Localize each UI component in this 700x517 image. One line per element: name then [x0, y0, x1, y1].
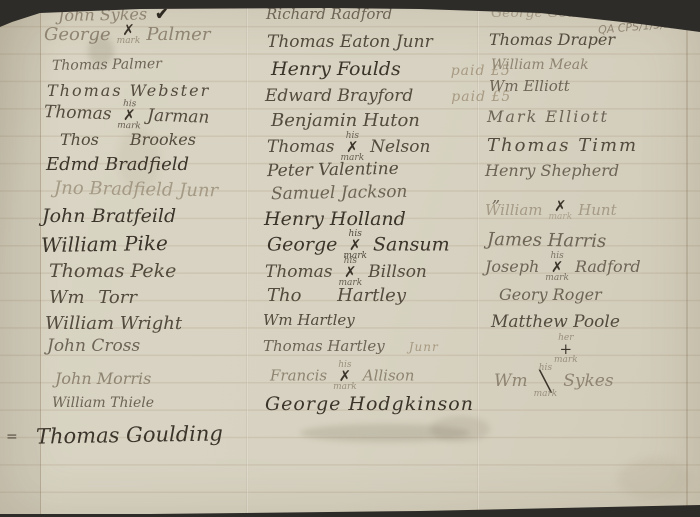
signature: John Morris	[55, 370, 151, 388]
signature: Tho Hartley	[267, 286, 406, 306]
signature: Wm Torr	[49, 288, 137, 308]
signature: Wm Hartley	[263, 312, 355, 329]
stroke-mark-icon: ╲	[539, 373, 551, 390]
her-mark-entry: her+mark	[548, 334, 584, 365]
ink-dashes: =	[6, 430, 18, 445]
signature: Thomashis✗markBillson	[265, 257, 427, 288]
her-mark-cross: her+mark	[554, 334, 578, 365]
signature: Francishis✗markAllison	[270, 361, 414, 392]
signature: Peter Valentine	[267, 160, 399, 181]
signature: Henry Shepherd	[485, 162, 619, 180]
signature: Samuel Jackson	[271, 183, 408, 204]
his-mark-cross: ✗mark	[117, 24, 141, 46]
cross-mark-icon: ✗	[344, 266, 357, 279]
signature: Thomashis✗markJarman	[44, 97, 210, 134]
signature: Thomas HartleyJunr	[263, 338, 439, 355]
photograph-of-signature-document: John Sykes✔ George✗markPalmer Thomas Pal…	[0, 0, 700, 517]
signature: James Harris	[487, 230, 607, 252]
cross-mark-icon: ✗	[339, 370, 352, 383]
signature: William Meak	[491, 58, 589, 73]
signature: Matthew Poole	[491, 313, 620, 332]
signature: William✗markHunt	[485, 200, 617, 222]
signature: Thomashis✗markNelson	[267, 132, 430, 163]
fold-crease-column-divider-1	[246, 0, 249, 517]
cross-mark-icon: ✗	[551, 261, 564, 274]
signature: William Thiele	[52, 396, 154, 411]
signature: Thomas Eaton Junr	[267, 33, 433, 52]
signature: Thomas Peke	[49, 261, 176, 282]
paper-stain	[118, 128, 160, 190]
signature: Geory Roger	[499, 286, 602, 304]
signature: William Wright	[45, 314, 182, 334]
ink-smudge	[88, 36, 114, 66]
erased-signature-smudge	[430, 416, 490, 442]
signature: Wm Elliott	[489, 78, 570, 95]
signature: George Hodgkinson	[265, 394, 474, 415]
signature: John Bratfeild	[42, 206, 176, 227]
junior-annotation: Junr	[409, 340, 439, 354]
signature: Thomas Goulding	[36, 422, 223, 448]
his-mark-cross: his✗mark	[545, 252, 569, 283]
signature: John Cross	[47, 337, 140, 356]
his-mark-cross: ✗mark	[549, 200, 573, 222]
signature: William Pike	[41, 232, 168, 256]
cross-mark-icon: ✗	[122, 24, 135, 37]
cross-mark-icon: +	[560, 343, 573, 356]
signature: Mark Elliott	[487, 108, 609, 126]
signature: Thomas Draper	[489, 31, 615, 49]
his-mark-stroke: his╲mark	[534, 364, 558, 399]
signature: Benjamin Huton	[271, 111, 420, 131]
his-mark-cross: his✗mark	[339, 257, 363, 288]
paper-stain	[618, 458, 690, 500]
paper-right-edge-crease	[686, 0, 688, 517]
signature: Wmhis╲markSykes	[494, 364, 614, 399]
signature: Thomas Webster	[47, 82, 210, 100]
cross-mark-icon: ✗	[554, 200, 567, 213]
signature: George✗markPalmer	[44, 24, 210, 46]
signature: Henry Fouldspaid £5	[271, 59, 511, 80]
signature: Henry Holland	[264, 209, 406, 230]
his-mark-cross: his✗mark	[117, 100, 142, 132]
his-mark-cross: his✗mark	[341, 132, 365, 163]
cross-mark-icon: ✗	[346, 141, 359, 154]
signature: Thomas Timm	[487, 136, 638, 156]
his-mark-cross: his✗mark	[333, 361, 357, 392]
signature: Edward Brayfordpaid £5	[265, 87, 511, 106]
cross-mark-icon: ✗	[349, 239, 362, 252]
signature: Josephhis✗markRadford	[485, 252, 641, 283]
